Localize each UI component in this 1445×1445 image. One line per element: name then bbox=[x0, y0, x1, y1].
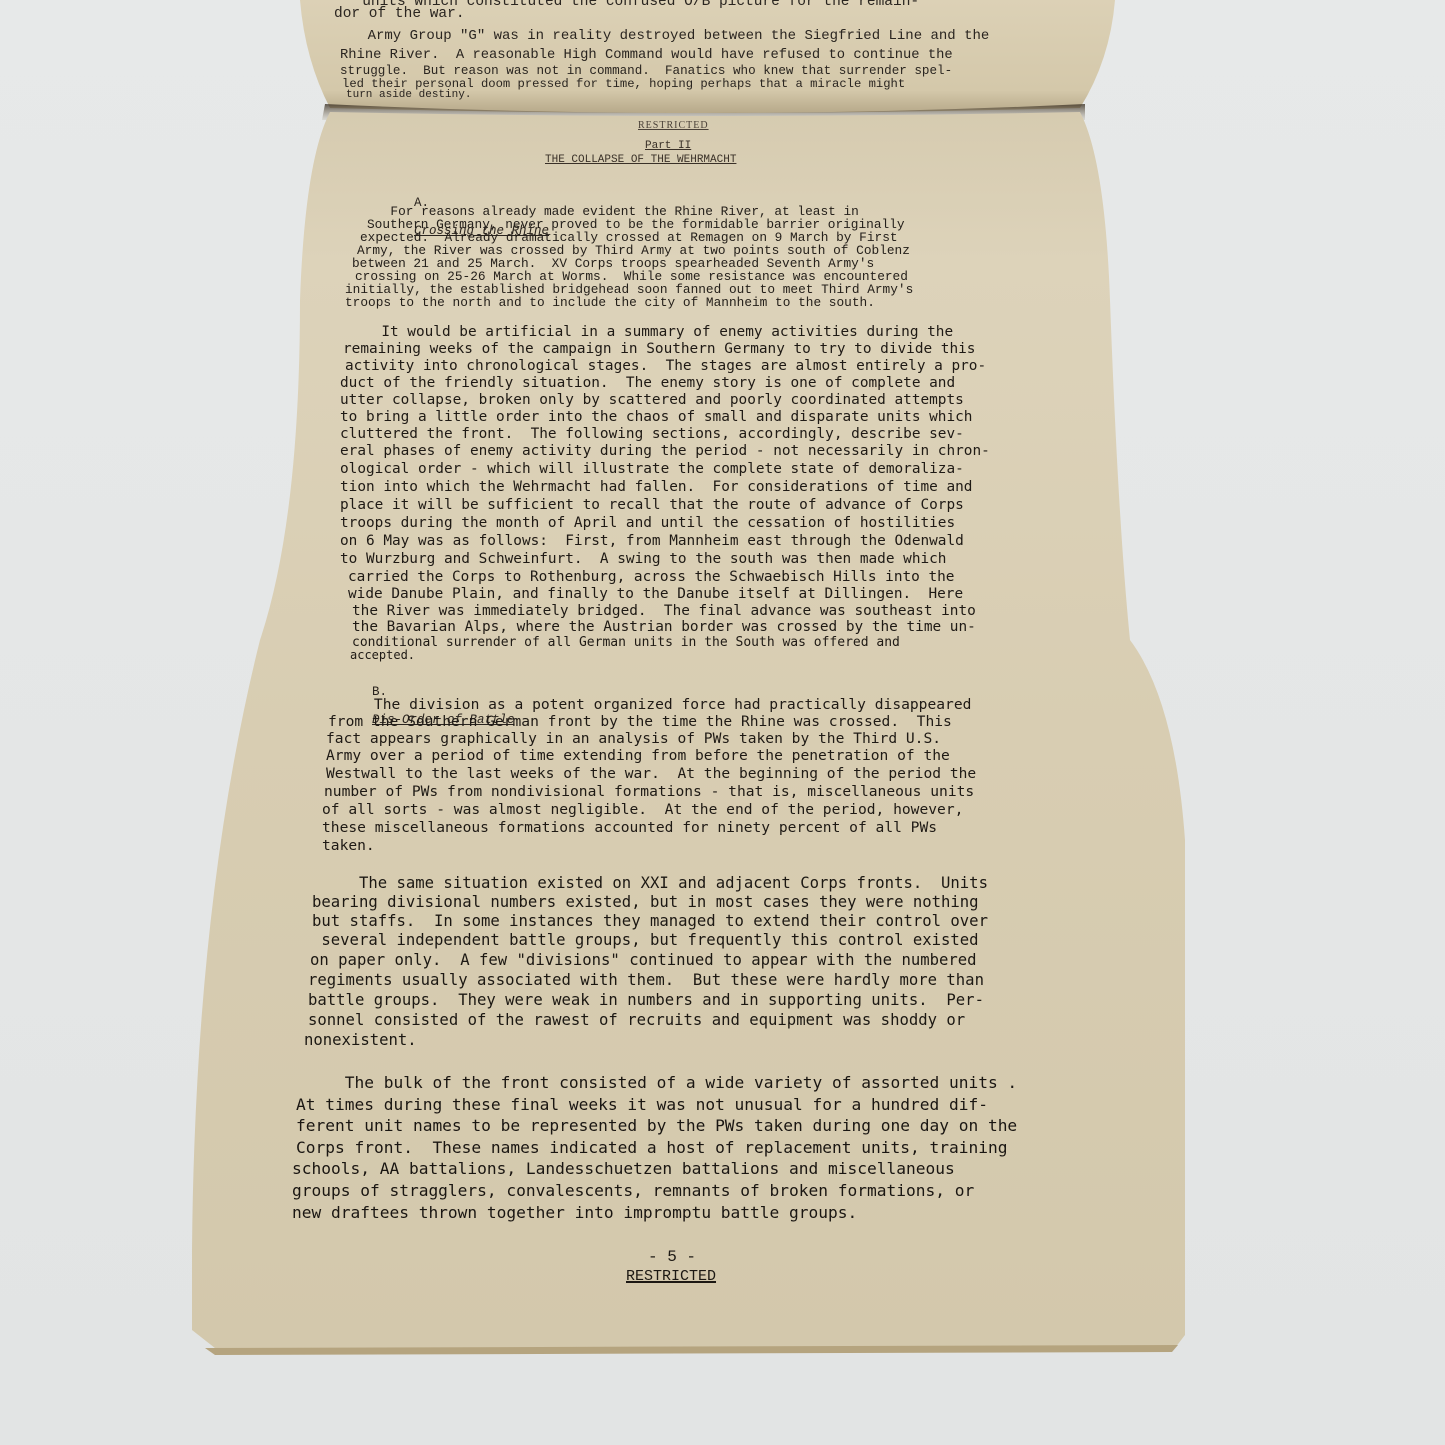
text-line: troops to the north and to include the c… bbox=[345, 296, 875, 309]
text-line: duct of the friendly situation. The enem… bbox=[340, 375, 955, 392]
restricted-footer: RESTRICTED bbox=[626, 1268, 716, 1285]
text-line: from the Southern German front by the ti… bbox=[328, 713, 952, 731]
text-line: The division as a potent organized force… bbox=[330, 696, 971, 714]
text-line: Westwall to the last weeks of the war. A… bbox=[326, 765, 976, 783]
text-line: It would be artificial in a summary of e… bbox=[338, 324, 953, 341]
prev-line: dor of the war. bbox=[334, 6, 465, 22]
text-line: several independent battle groups, but f… bbox=[312, 931, 979, 951]
text-line: wide Danube Plain, and finally to the Da… bbox=[348, 586, 963, 603]
text-line: accepted. bbox=[350, 647, 415, 664]
text-line: sonnel consisted of the rawest of recrui… bbox=[308, 1011, 965, 1031]
text-line: battle groups. They were weak in numbers… bbox=[308, 991, 984, 1011]
text-line: utter collapse, broken only by scattered… bbox=[340, 392, 964, 409]
text-line: number of PWs from nondivisional formati… bbox=[324, 783, 974, 801]
text-line: fact appears graphically in an analysis … bbox=[326, 730, 941, 748]
text-line: The bulk of the front consisted of a wid… bbox=[296, 1072, 1017, 1094]
text-line: At times during these final weeks it was… bbox=[296, 1094, 988, 1116]
document-photo: units which constituted the confused O/B… bbox=[0, 0, 1445, 1445]
text-line: regiments usually associated with them. … bbox=[308, 971, 984, 991]
text-line: bearing divisional numbers existed, but … bbox=[312, 893, 979, 913]
text-line: tion into which the Wehrmacht had fallen… bbox=[340, 479, 972, 496]
text-line: on paper only. A few "divisions" continu… bbox=[310, 951, 977, 971]
text-line: troops during the month of April and unt… bbox=[340, 515, 955, 532]
text-line: ological order - which will illustrate t… bbox=[340, 461, 964, 478]
text-line: Corps front. These names indicated a hos… bbox=[296, 1137, 1007, 1159]
text-line: The same situation existed on XXI and ad… bbox=[312, 874, 988, 894]
restricted-header: RESTRICTED bbox=[638, 120, 709, 131]
text-line: activity into chronological stages. The … bbox=[345, 358, 986, 375]
text-line: to Wurzburg and Schweinfurt. A swing to … bbox=[340, 551, 946, 568]
prev-line: Rhine River. A reasonable High Command w… bbox=[340, 48, 953, 63]
text-line: on 6 May was as follows: First, from Man… bbox=[340, 533, 964, 550]
text-line: ferent unit names to be represented by t… bbox=[296, 1115, 1017, 1137]
text-line: schools, AA battalions, Landesschuetzen … bbox=[292, 1158, 955, 1180]
previous-page-text: units which constituted the confused O/B… bbox=[0, 0, 35, 144]
prev-line: turn aside destiny. bbox=[346, 89, 471, 101]
text-line: new draftees thrown together into improm… bbox=[292, 1202, 857, 1224]
part-title: THE COLLAPSE OF THE WEHRMACHT bbox=[545, 154, 736, 166]
text-line: the River was immediately bridged. The f… bbox=[352, 603, 976, 620]
text-line: carried the Corps to Rothenburg, across … bbox=[348, 569, 954, 586]
text-line: Army over a period of time extending fro… bbox=[326, 747, 950, 765]
text-line: to bring a little order into the chaos o… bbox=[340, 409, 972, 426]
text-line: of all sorts - was almost negligible. At… bbox=[322, 801, 963, 819]
text-line: place it will be sufficient to recall th… bbox=[340, 497, 964, 514]
text-line: taken. bbox=[322, 837, 375, 855]
part-label: Part II bbox=[645, 140, 691, 152]
text-line: remaining weeks of the campaign in South… bbox=[343, 341, 975, 358]
page-number: - 5 - bbox=[648, 1248, 696, 1266]
prev-line: struggle. But reason was not in command.… bbox=[340, 64, 952, 78]
text-line: conditional surrender of all German unit… bbox=[352, 634, 900, 651]
text-line: nonexistent. bbox=[304, 1031, 417, 1051]
text-line: these miscellaneous formations accounted… bbox=[322, 819, 937, 837]
text-line: but staffs. In some instances they manag… bbox=[312, 912, 988, 932]
text-line: groups of stragglers, convalescents, rem… bbox=[292, 1180, 974, 1202]
text-line: cluttered the front. The following secti… bbox=[340, 426, 964, 443]
prev-line: Army Group "G" was in reality destroyed … bbox=[334, 28, 989, 44]
text-line: eral phases of enemy activity during the… bbox=[340, 443, 990, 460]
